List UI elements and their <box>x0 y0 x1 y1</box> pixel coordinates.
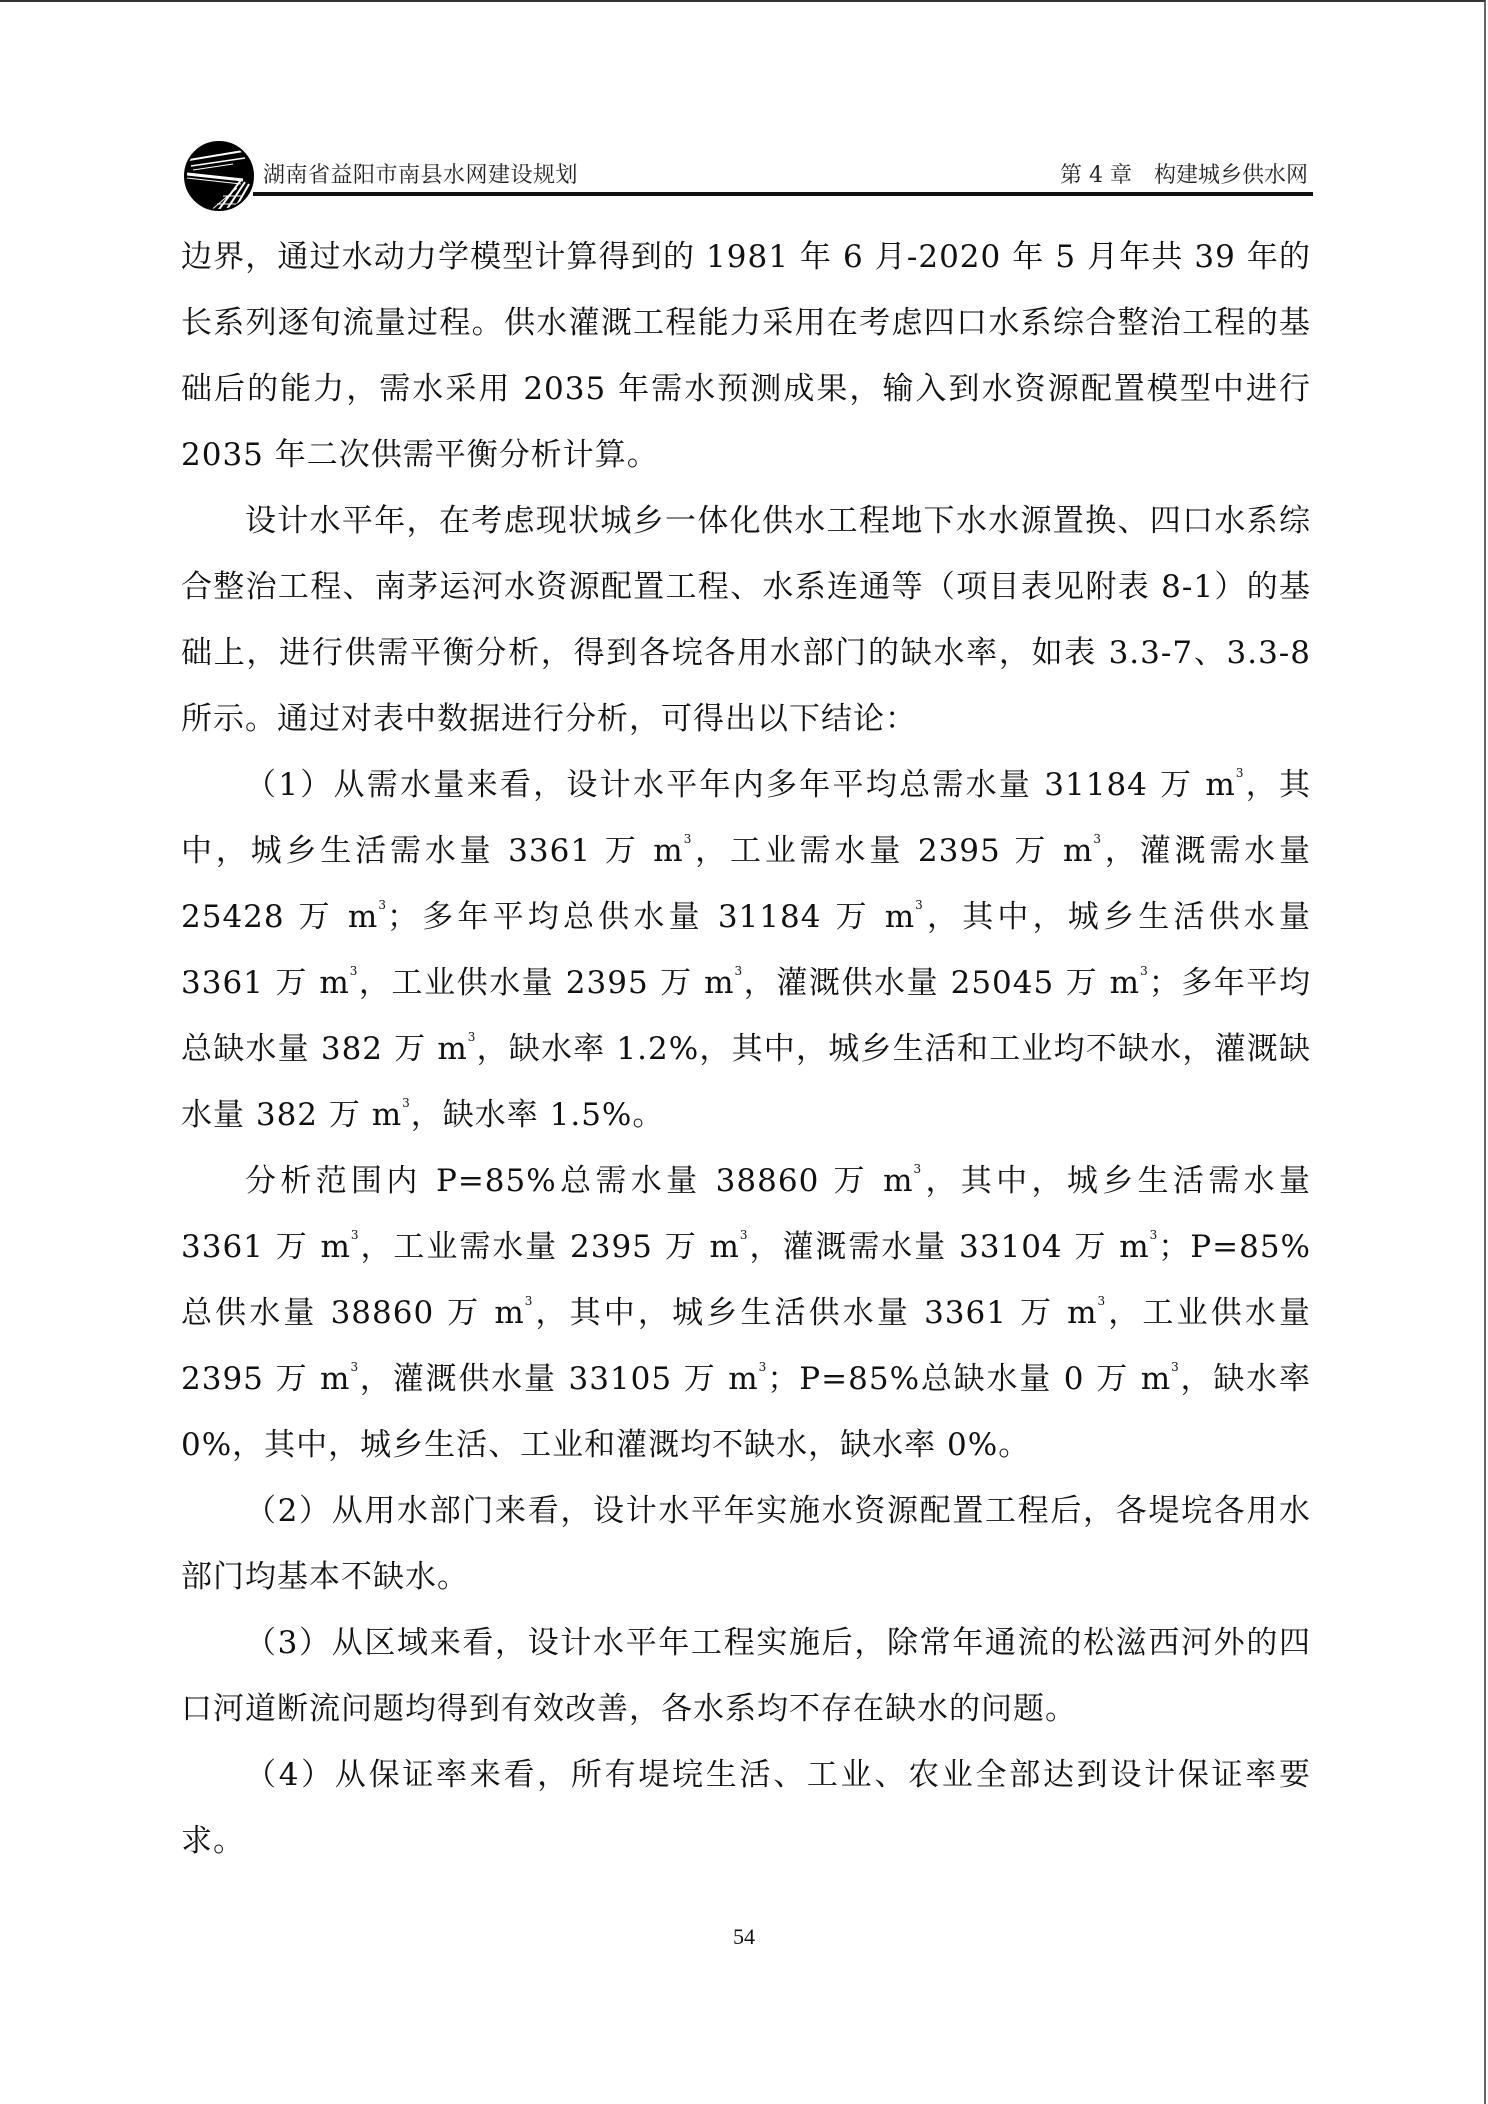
page-number: 54 <box>0 1924 1488 1950</box>
chapter-label: 第 4 章 <box>1060 163 1132 188</box>
paragraph-conclusion-1: （1）从需水量来看，设计水平年内多年平均总需水量 31184 万 m3，其中，城… <box>181 752 1311 1148</box>
paragraph-p85-analysis: 分析范围内 P=85%总需水量 38860 万 m3，其中，城乡生活需水量 33… <box>181 1148 1311 1478</box>
document-title: 湖南省益阳市南县水网建设规划 <box>263 158 578 189</box>
paragraph-1: 边界，通过水动力学模型计算得到的 1981 年 6 月-2020 年 5 月年共… <box>181 224 1311 488</box>
chapter-heading: 第 4 章构建城乡供水网 <box>1060 158 1308 189</box>
paragraph-conclusion-4: （4）从保证率来看，所有堤垸生活、工业、农业全部达到设计保证率要求。 <box>181 1742 1311 1874</box>
document-page: 湖南省益阳市南县水网建设规划 第 4 章构建城乡供水网 边界，通过水动力学模型计… <box>0 0 1486 2104</box>
page-header: 湖南省益阳市南县水网建设规划 第 4 章构建城乡供水网 <box>183 140 1313 212</box>
circular-water-channel-logo-icon <box>183 140 255 212</box>
paragraph-conclusion-2: （2）从用水部门来看，设计水平年实施水资源配置工程后，各堤垸各用水部门均基本不缺… <box>181 1478 1311 1610</box>
paragraph-conclusion-3: （3）从区域来看，设计水平年工程实施后，除常年通流的松滋西河外的四口河道断流问题… <box>181 1610 1311 1742</box>
chapter-title: 构建城乡供水网 <box>1154 163 1308 188</box>
paragraph-2: 设计水平年，在考虑现状城乡一体化供水工程地下水水源置换、四口水系综合整治工程、南… <box>181 488 1311 752</box>
header-rule <box>253 192 1313 196</box>
body-text: 边界，通过水动力学模型计算得到的 1981 年 6 月-2020 年 5 月年共… <box>181 224 1311 1874</box>
